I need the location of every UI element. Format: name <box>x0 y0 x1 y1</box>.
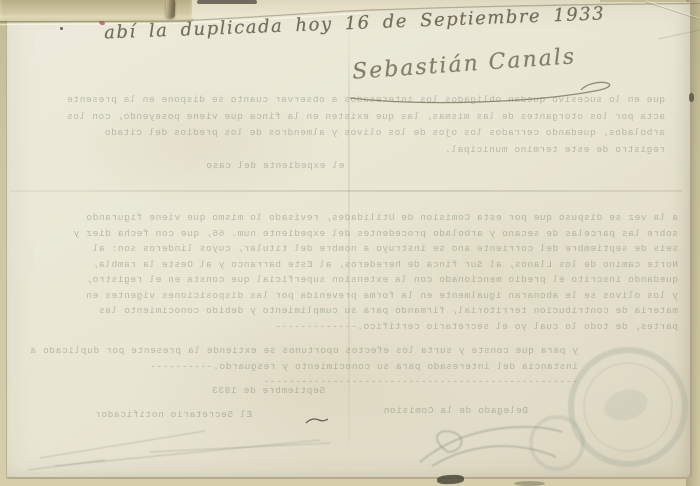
print-smear-mark <box>197 0 257 4</box>
ink-speck <box>60 27 63 30</box>
paper-fastener <box>166 0 176 18</box>
bottom-smudge <box>514 481 545 486</box>
bottom-smudge <box>437 474 464 484</box>
edge-ink-spot <box>689 93 694 102</box>
flipped-page-strip <box>0 0 192 21</box>
vertical-fold-crease <box>348 4 350 472</box>
horizontal-fold-crease <box>10 190 682 192</box>
document-scan: Constituci que en lo suce <box>0 0 700 486</box>
